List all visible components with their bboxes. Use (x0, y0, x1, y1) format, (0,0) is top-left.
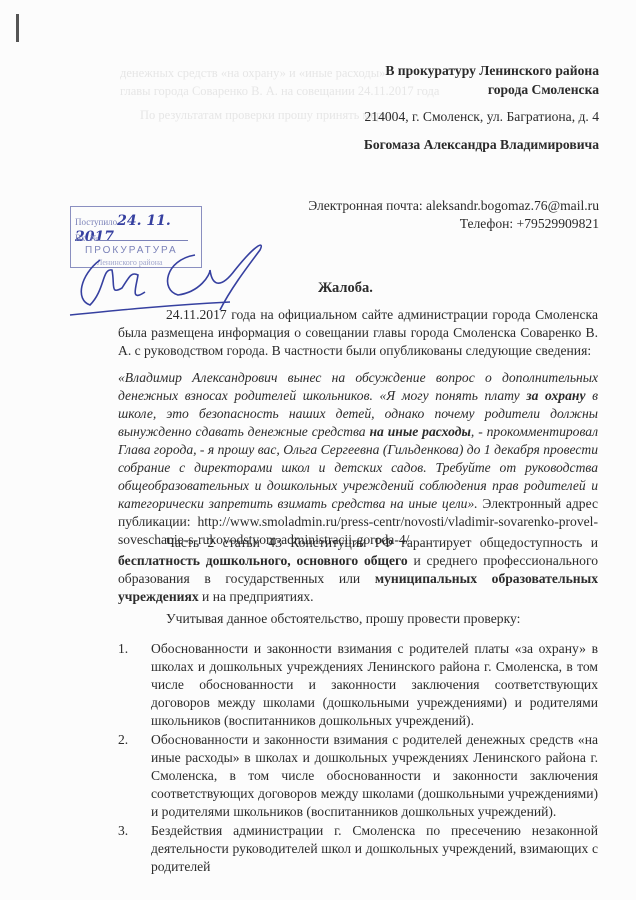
addressee-address: 214004, г. Смоленск, ул. Багратиона, д. … (364, 108, 599, 126)
bleed-through-text: денежных средств «на охрану» и «иные рас… (120, 66, 385, 81)
document-title: Жалоба. (318, 280, 373, 297)
bleed-through-text: По результатам проверки прошу принять ме… (140, 108, 391, 123)
contact-email: Электронная почта: aleksandr.bogomaz.76@… (308, 197, 599, 215)
stamp-received-label: Поступило (75, 217, 117, 227)
scan-edge-mark (16, 14, 19, 42)
intro-paragraph: 24.11.2017 года на официальном сайте адм… (118, 306, 598, 360)
list-item: 2. Обоснованности и законности взимания … (118, 731, 598, 821)
quote-paragraph: «Владимир Александрович вынес на обсужде… (118, 369, 598, 549)
addressee-line2: города Смоленска (488, 81, 599, 99)
sender-name: Богомаза Александра Владимировича (364, 136, 599, 154)
list-item: 3. Бездействия администрации г. Смоленск… (118, 822, 598, 876)
bleed-through-text: главы города Соваренко В. А. на совещани… (120, 84, 439, 99)
contact-phone: Телефон: +79529909821 (460, 215, 599, 233)
request-list: 1. Обоснованности и законности взимания … (118, 640, 598, 877)
constitution-paragraph: Часть 2 статьи 43 Конституции РФ гаранти… (118, 534, 598, 606)
addressee-line1: В прокуратуру Ленинского района (385, 62, 599, 80)
request-paragraph: Учитывая данное обстоятельство, прошу пр… (118, 610, 598, 628)
list-item: 1. Обоснованности и законности взимания … (118, 640, 598, 730)
document-page: денежных средств «на охрану» и «иные рас… (0, 0, 636, 900)
